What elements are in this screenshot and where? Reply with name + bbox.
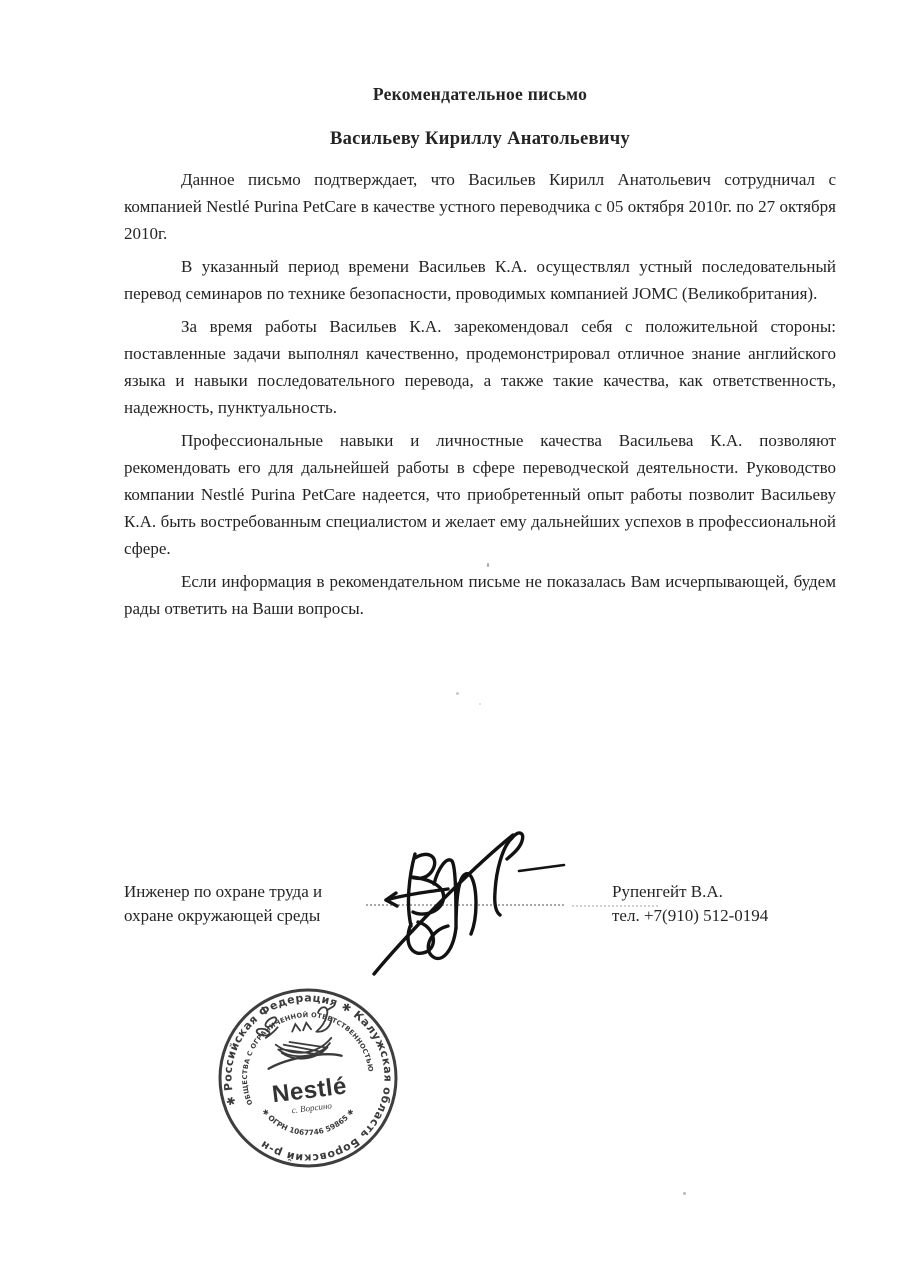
letter-body: Рекомендательное письмо Васильеву Кирилл…: [124, 84, 836, 628]
company-round-stamp: ✱ Российская Федерация ✱ Калужская облас…: [214, 984, 402, 1172]
scan-speck: [683, 1192, 686, 1195]
paragraph: За время работы Васильев К.А. зарекоменд…: [124, 313, 836, 421]
signer-position-line2: охране окружающей среды: [124, 906, 320, 925]
paragraph: Если информация в рекомендательном письм…: [124, 568, 836, 622]
handwritten-signature-icon: [352, 816, 592, 986]
scan-speck: [479, 703, 481, 705]
scan-speck: [487, 563, 489, 567]
signer-position-line1: Инженер по охране труда и: [124, 882, 322, 901]
paragraph: Профессиональные навыки и личностные кач…: [124, 427, 836, 562]
signer-identity: Рупенгейт В.А. тел. +7(910) 512-0194: [612, 880, 852, 927]
letter-title: Рекомендательное письмо: [124, 84, 836, 105]
scanned-letter-page: Рекомендательное письмо Васильеву Кирилл…: [0, 0, 899, 1288]
signer-name: Рупенгейт В.А.: [612, 882, 723, 901]
paragraph: Данное письмо подтверждает, что Васильев…: [124, 166, 836, 247]
signer-phone: тел. +7(910) 512-0194: [612, 906, 768, 925]
letter-addressee: Васильеву Кириллу Анатольевичу: [124, 129, 836, 150]
paragraph: В указанный период времени Васильев К.А.…: [124, 253, 836, 307]
signer-position-label: Инженер по охране труда и охране окружаю…: [124, 880, 384, 927]
scan-speck: [456, 692, 459, 695]
